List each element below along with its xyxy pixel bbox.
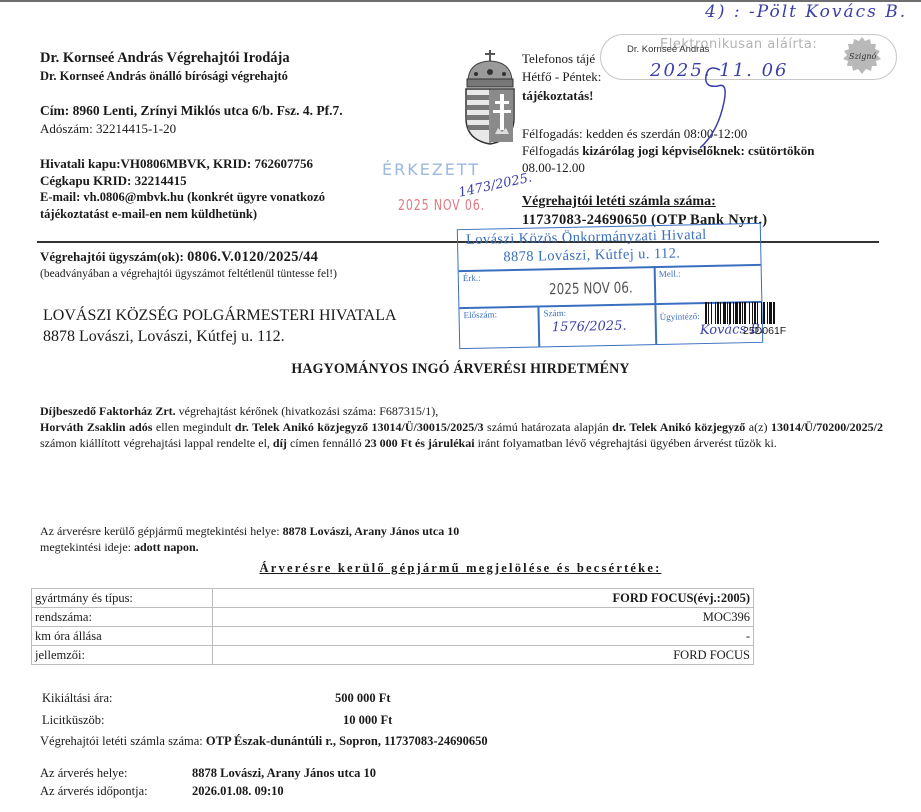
stamp-ugyintezo-label: Ügyintéző: xyxy=(660,311,700,322)
email-line-1: E-mail: vh.0806@mbvk.hu (konkrét ügyre v… xyxy=(40,190,325,205)
row-value: MOC396 xyxy=(213,608,754,627)
hivatali-kapu: Hivatali kapu:VH0806MBVK, KRID: 76260775… xyxy=(40,156,313,172)
account-title: Végrehajtói letéti számla száma: xyxy=(522,194,716,210)
hungarian-coat-of-arms-icon xyxy=(462,48,518,146)
paragraph-text: iránt folyamatban lévő végrehajtási ügyé… xyxy=(475,436,777,450)
stamp-mell-label: Mell.: xyxy=(659,269,681,279)
handwritten-note: 4) : -Pölt Kovács B. xyxy=(705,2,907,22)
row-label: rendszáma: xyxy=(32,608,213,627)
paragraph-text: számú határozata alapján xyxy=(484,420,613,434)
reception-prefix: Félfogadás xyxy=(522,143,582,158)
auction-place-label: Az árverés helye: xyxy=(40,766,127,781)
cegkapu-krid: Cégkapu KRID: 32214415 xyxy=(40,173,187,189)
phone-info-line-2: Hétfő - Péntek: xyxy=(522,69,601,85)
paragraph-text: ellen megindult xyxy=(152,420,235,434)
esignature-signer: Dr. Kornseé András xyxy=(627,44,709,55)
escrow-account-label: Végrehajtói letéti számla száma: xyxy=(40,734,206,748)
auction-paragraph: Díjbeszedő Faktorház Zrt. végrehajtást k… xyxy=(40,403,883,451)
case-number-label: Végrehajtói ügyszám(ok): xyxy=(40,249,187,264)
auction-time-value: 2026.01.08. 09:10 xyxy=(192,784,284,799)
recipient-name: LOVÁSZI KÖZSÉG POLGÁRMESTERI HIVATALA xyxy=(43,307,397,325)
received-stamp-date: 2025 NOV 06. xyxy=(398,196,485,214)
document-title: HAGYOMÁNYOS INGÓ ÁRVERÉSI HIRDETMÉNY xyxy=(32,361,889,378)
row-label: gyártmány és típus: xyxy=(32,589,213,608)
reception-hours-lawyers: Félfogadás kizárólag jogi képviselőknek:… xyxy=(522,143,815,159)
auction-time-label: Az árverés időpontja: xyxy=(40,784,148,799)
row-value: FORD FOCUS(évj.:2005) xyxy=(213,589,754,608)
table-row: gyártmány és típus:FORD FOCUS(évj.:2005) xyxy=(32,589,754,608)
phone-info-line-3: tájékoztatás! xyxy=(522,88,593,104)
row-value: - xyxy=(213,627,754,646)
case-number-value: 0806.V.0120/2025/44 xyxy=(187,249,318,265)
office-address: Cím: 8960 Lenti, Zrínyi Miklós utca 6/b.… xyxy=(40,103,343,119)
case-number-note: (beadványában a végrehajtói ügyszámot fe… xyxy=(40,268,337,280)
viewing-place-label: Az árverésre kerülő gépjármű megtekintés… xyxy=(40,524,283,538)
bid-step-value: 10 000 Ft xyxy=(343,713,392,728)
received-stamp-label: ÉRKEZETT xyxy=(382,160,480,179)
office-subtitle: Dr. Kornseé András önálló bírósági végre… xyxy=(40,69,288,84)
paragraph-text: számon kiállított végrehajtási lappal re… xyxy=(40,436,273,450)
auction-place-value: 8878 Lovászi, Arany János utca 10 xyxy=(192,766,376,781)
paragraph-text: a(z) xyxy=(745,420,771,434)
row-label: km óra állása xyxy=(32,627,213,646)
viewing-time-value: adott napon. xyxy=(134,540,199,554)
start-price-value: 500 000 Ft xyxy=(335,691,391,706)
enforcement-reference: 13014/Ü/70200/2025/2 xyxy=(771,420,883,434)
case-number: Végrehajtói ügyszám(ok): 0806.V.0120/202… xyxy=(40,249,318,266)
debtor-name: Horváth Zsaklin adós xyxy=(40,420,152,434)
viewing-time-label: megtekintési ideje: xyxy=(40,540,134,554)
escrow-account-value: OTP Észak-dunántúli r., Sopron, 11737083… xyxy=(206,734,488,748)
fee-label: díj xyxy=(273,436,287,450)
paragraph-text: végrehajtást kérőnek (hivatkozási száma:… xyxy=(176,404,439,418)
stamp-erk-label: Érk.: xyxy=(463,273,481,283)
office-name: Dr. Kornseé András Végrehajtói Irodája xyxy=(40,50,290,67)
table-row: km óra állása- xyxy=(32,627,754,646)
viewing-place-value: 8878 Lovászi, Arany János utca 10 xyxy=(283,524,460,538)
reception-hours-time: 08.00-12.00 xyxy=(522,160,585,176)
vehicle-table-title: Árverésre kerülő gépjármű megjelölése és… xyxy=(0,561,921,576)
barcode-text: 25D061F xyxy=(743,325,786,337)
seal-text: Szignó xyxy=(849,52,876,61)
stamp-office-address: 8878 Lovászi, Kútfej u. 112. xyxy=(503,246,680,267)
recipient-address: 8878 Lovászi, Lovászi, Kútfej u. 112. xyxy=(43,328,285,346)
phone-info-line-1: Telefonos tájé xyxy=(522,51,595,67)
stamp-szam-label: Szám: xyxy=(543,308,566,318)
handwritten-signature-icon xyxy=(690,62,740,152)
notary-name: dr. Telek Anikó közjegyző xyxy=(612,420,745,434)
escrow-account: Végrehajtói letéti számla száma: OTP Ész… xyxy=(40,734,488,749)
stamp-erk-date: 2025 NOV 06. xyxy=(549,279,633,299)
stamp-szam-value: 1576/2025. xyxy=(552,319,627,336)
barcode-icon xyxy=(705,302,841,324)
table-row: jellemzői:FORD FOCUS xyxy=(32,646,754,665)
notary-decision: dr. Telek Anikó közjegyző 13014/Ü/30015/… xyxy=(235,420,484,434)
bid-step-label: Licitküszöb: xyxy=(42,713,105,728)
debt-amount: 23 000 Ft és járulékai xyxy=(365,436,475,450)
stamp-eloszam-label: Előszám: xyxy=(463,309,497,320)
paragraph-text: címen fennálló xyxy=(287,436,365,450)
row-label: jellemzői: xyxy=(32,646,213,665)
table-row: rendszáma:MOC396 xyxy=(32,608,754,627)
tax-number: Adószám: 32214415-1-20 xyxy=(40,121,176,137)
email-line-2: tájékoztatást e-mail-en nem küldhetünk) xyxy=(40,207,257,222)
municipal-registration-stamp: Lovászi Közös Önkormányzati Hivatal 8878… xyxy=(457,223,763,349)
viewing-place: Az árverésre kerülő gépjármű megtekintés… xyxy=(40,524,459,539)
row-value: FORD FOCUS xyxy=(213,646,754,665)
start-price-label: Kikiáltási ára: xyxy=(42,691,112,706)
creditor-name: Díjbeszedő Faktorház Zrt. xyxy=(40,404,176,418)
viewing-time: megtekintési ideje: adott napon. xyxy=(40,540,199,555)
vehicle-table: gyártmány és típus:FORD FOCUS(évj.:2005)… xyxy=(31,588,754,665)
